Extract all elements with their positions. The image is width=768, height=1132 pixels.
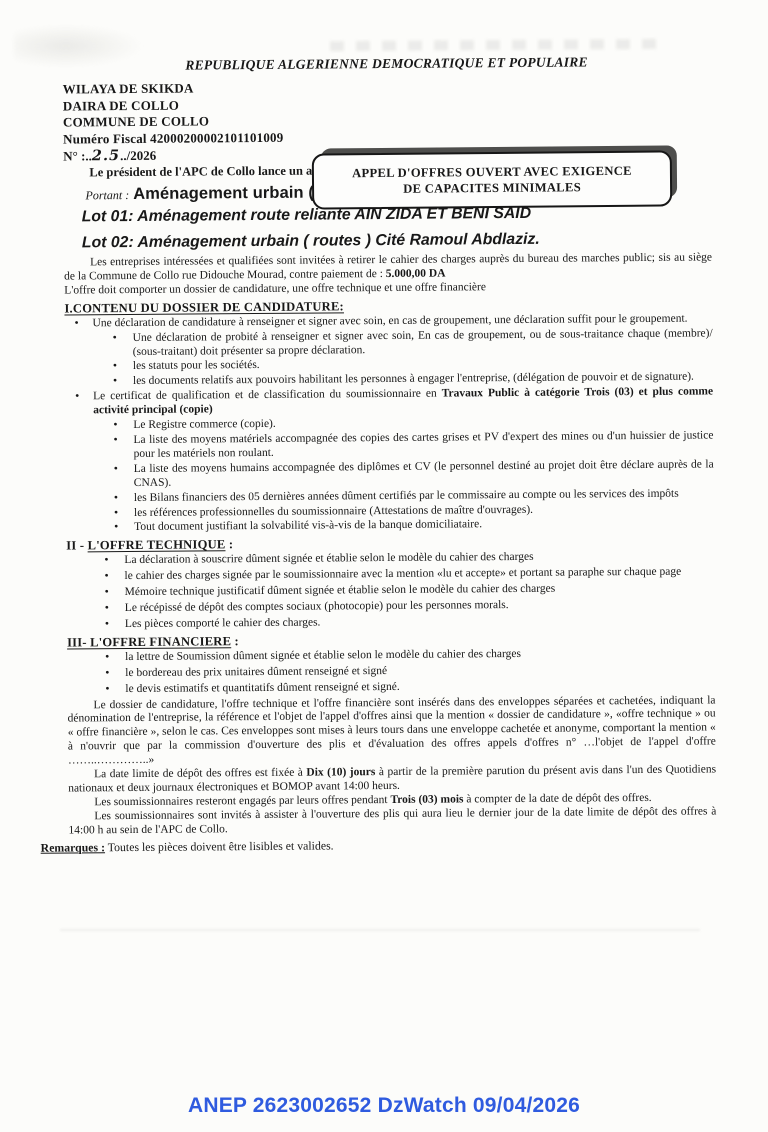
remarks-text: Toutes les pièces doivent être lisibles … xyxy=(105,838,334,854)
envelope-paragraph: Le dossier de candidature, l'offre techn… xyxy=(67,694,716,769)
engagement-text-2: à compter de la date de dépôt des offres… xyxy=(463,792,651,805)
list-item-declaration-probite: Une déclaration de probité à renseigner … xyxy=(111,327,713,360)
reference-prefix: N° :.. xyxy=(63,148,92,163)
list-item-moyens-humains: La liste des moyens humains accompagnée … xyxy=(112,458,714,491)
notice-box-line2: DE CAPACITES MINIMALES xyxy=(403,179,581,197)
deadline-duration: Dix (10) jours xyxy=(306,766,375,779)
list-item-certificat: Le certificat de qualification et de cla… xyxy=(65,386,713,419)
notice-box: APPEL D'OFFRES OUVERT AVEC EXIGENCE DE C… xyxy=(312,150,672,209)
national-motto: REPUBLIQUE ALGERIENNE DEMOCRATIQUE ET PO… xyxy=(62,53,710,74)
financial-offer-list: la lettre de Soumission dûment signée et… xyxy=(101,646,715,697)
section-3-title: III- L'OFFRE FINANCIERE xyxy=(67,634,231,649)
engagement-duration: Trois (03) mois xyxy=(390,793,463,806)
section-2-title: L'OFFRE TECHNIQUE xyxy=(88,538,226,553)
scan-streak xyxy=(60,929,700,931)
remarks-paragraph: Remarques : Toutes les pièces doivent êt… xyxy=(41,835,717,855)
section-2-number: II - xyxy=(66,539,87,553)
handwritten-number: 2.5 xyxy=(92,147,120,164)
technical-offer-list: La déclaration à souscrire dûment signée… xyxy=(100,550,715,632)
notice-box-line1: APPEL D'OFFRES OUVERT AVEC EXIGENCE xyxy=(352,163,632,181)
certificat-text: Le certificat de qualification et de cla… xyxy=(93,388,442,403)
section-1-title: I.CONTENU DU DOSSIER DE CANDIDATURE: xyxy=(64,299,344,315)
subject-label: Portant : xyxy=(85,188,129,202)
fee-amount: 5.000,00 DA xyxy=(386,267,446,279)
section-2-colon: : xyxy=(225,538,233,552)
opening-paragraph: Les soumissionnaires sont invités à assi… xyxy=(68,805,716,838)
candidature-sub-list-2: Le Registre commerce (copie). La liste d… xyxy=(111,414,714,535)
remarks-label: Remarques : xyxy=(41,840,105,855)
engagement-text-1: Les soumissionnaires resteront engagés p… xyxy=(94,794,390,808)
candidature-sub-list-1: Une déclaration de probité à renseigner … xyxy=(111,327,713,389)
candidature-list: Une déclaration de candidature à renseig… xyxy=(64,312,714,536)
document-content: REPUBLIQUE ALGERIENNE DEMOCRATIQUE ET PO… xyxy=(0,0,768,856)
deadline-text-1: La date limite de dépôt des offres est f… xyxy=(94,767,306,781)
section-3-colon: : xyxy=(231,634,239,648)
reference-suffix: ../2026 xyxy=(120,148,156,163)
document-page: APPEL D'OFFRES OUVERT AVEC EXIGENCE DE C… xyxy=(0,0,768,1132)
list-item-moyens-materiels: La liste des moyens matériels accompagné… xyxy=(111,429,713,462)
anep-footer: ANEP 2623002652 DzWatch 09/04/2026 xyxy=(0,1094,768,1118)
